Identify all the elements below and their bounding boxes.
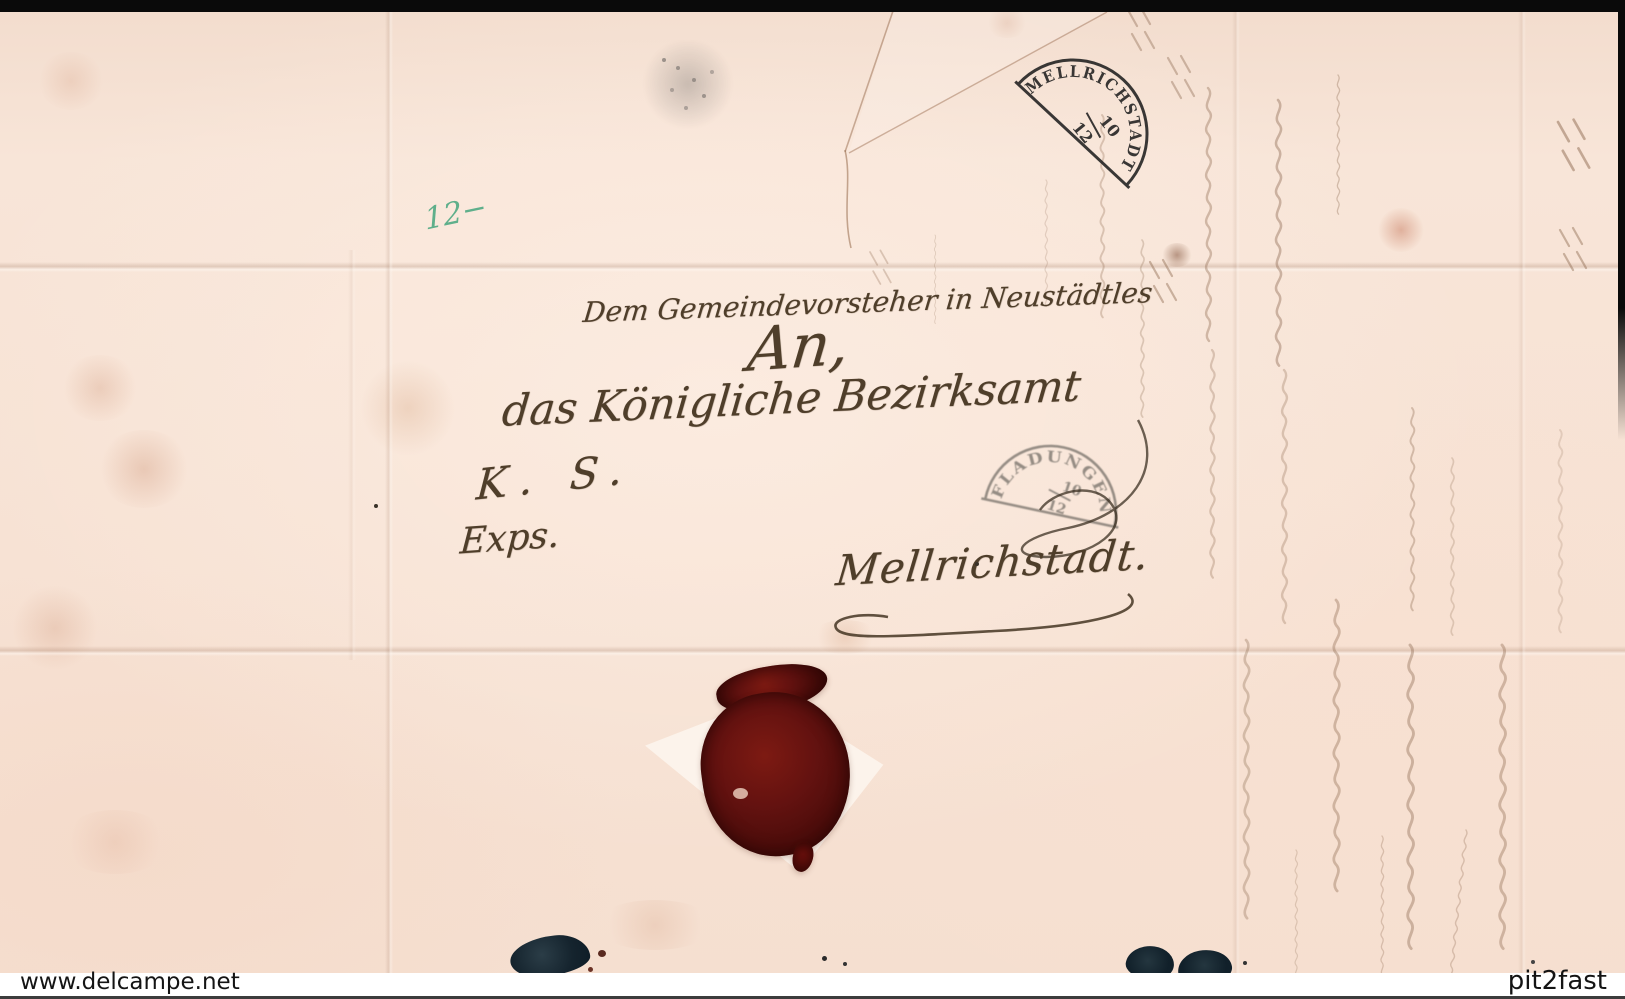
ink-speck xyxy=(588,967,593,972)
ink-speck xyxy=(822,956,827,961)
ink-speck xyxy=(1531,960,1535,964)
watermark-strip: www.delcampe.net pit2fast xyxy=(0,973,1625,996)
destination-underline-flourish xyxy=(835,594,1132,636)
delcampe-watermark: www.delcampe.net xyxy=(20,969,240,995)
ink-speck xyxy=(975,562,979,566)
ink-speck xyxy=(843,962,847,966)
ink-speck xyxy=(1243,961,1247,965)
postmark-fladungen: FLADUNGEN 10 12 xyxy=(981,433,1133,531)
seller-watermark: pit2fast xyxy=(1508,966,1607,996)
postmark-mellrichstadt: MELLRICHSTADT 10 12 xyxy=(1013,27,1181,191)
note-exps: Exps. xyxy=(459,514,561,562)
wax-seal-highlight xyxy=(733,788,748,799)
scan-edge-top xyxy=(0,0,1625,12)
ink-speck xyxy=(598,950,606,957)
ink-speck xyxy=(374,504,378,508)
letter-scan: MELLRICHSTADT 10 12 FLADUNGEN 10 12 xyxy=(0,0,1625,999)
scan-edge-right xyxy=(1618,0,1625,440)
ink-bleedthrough-script xyxy=(870,8,1589,981)
